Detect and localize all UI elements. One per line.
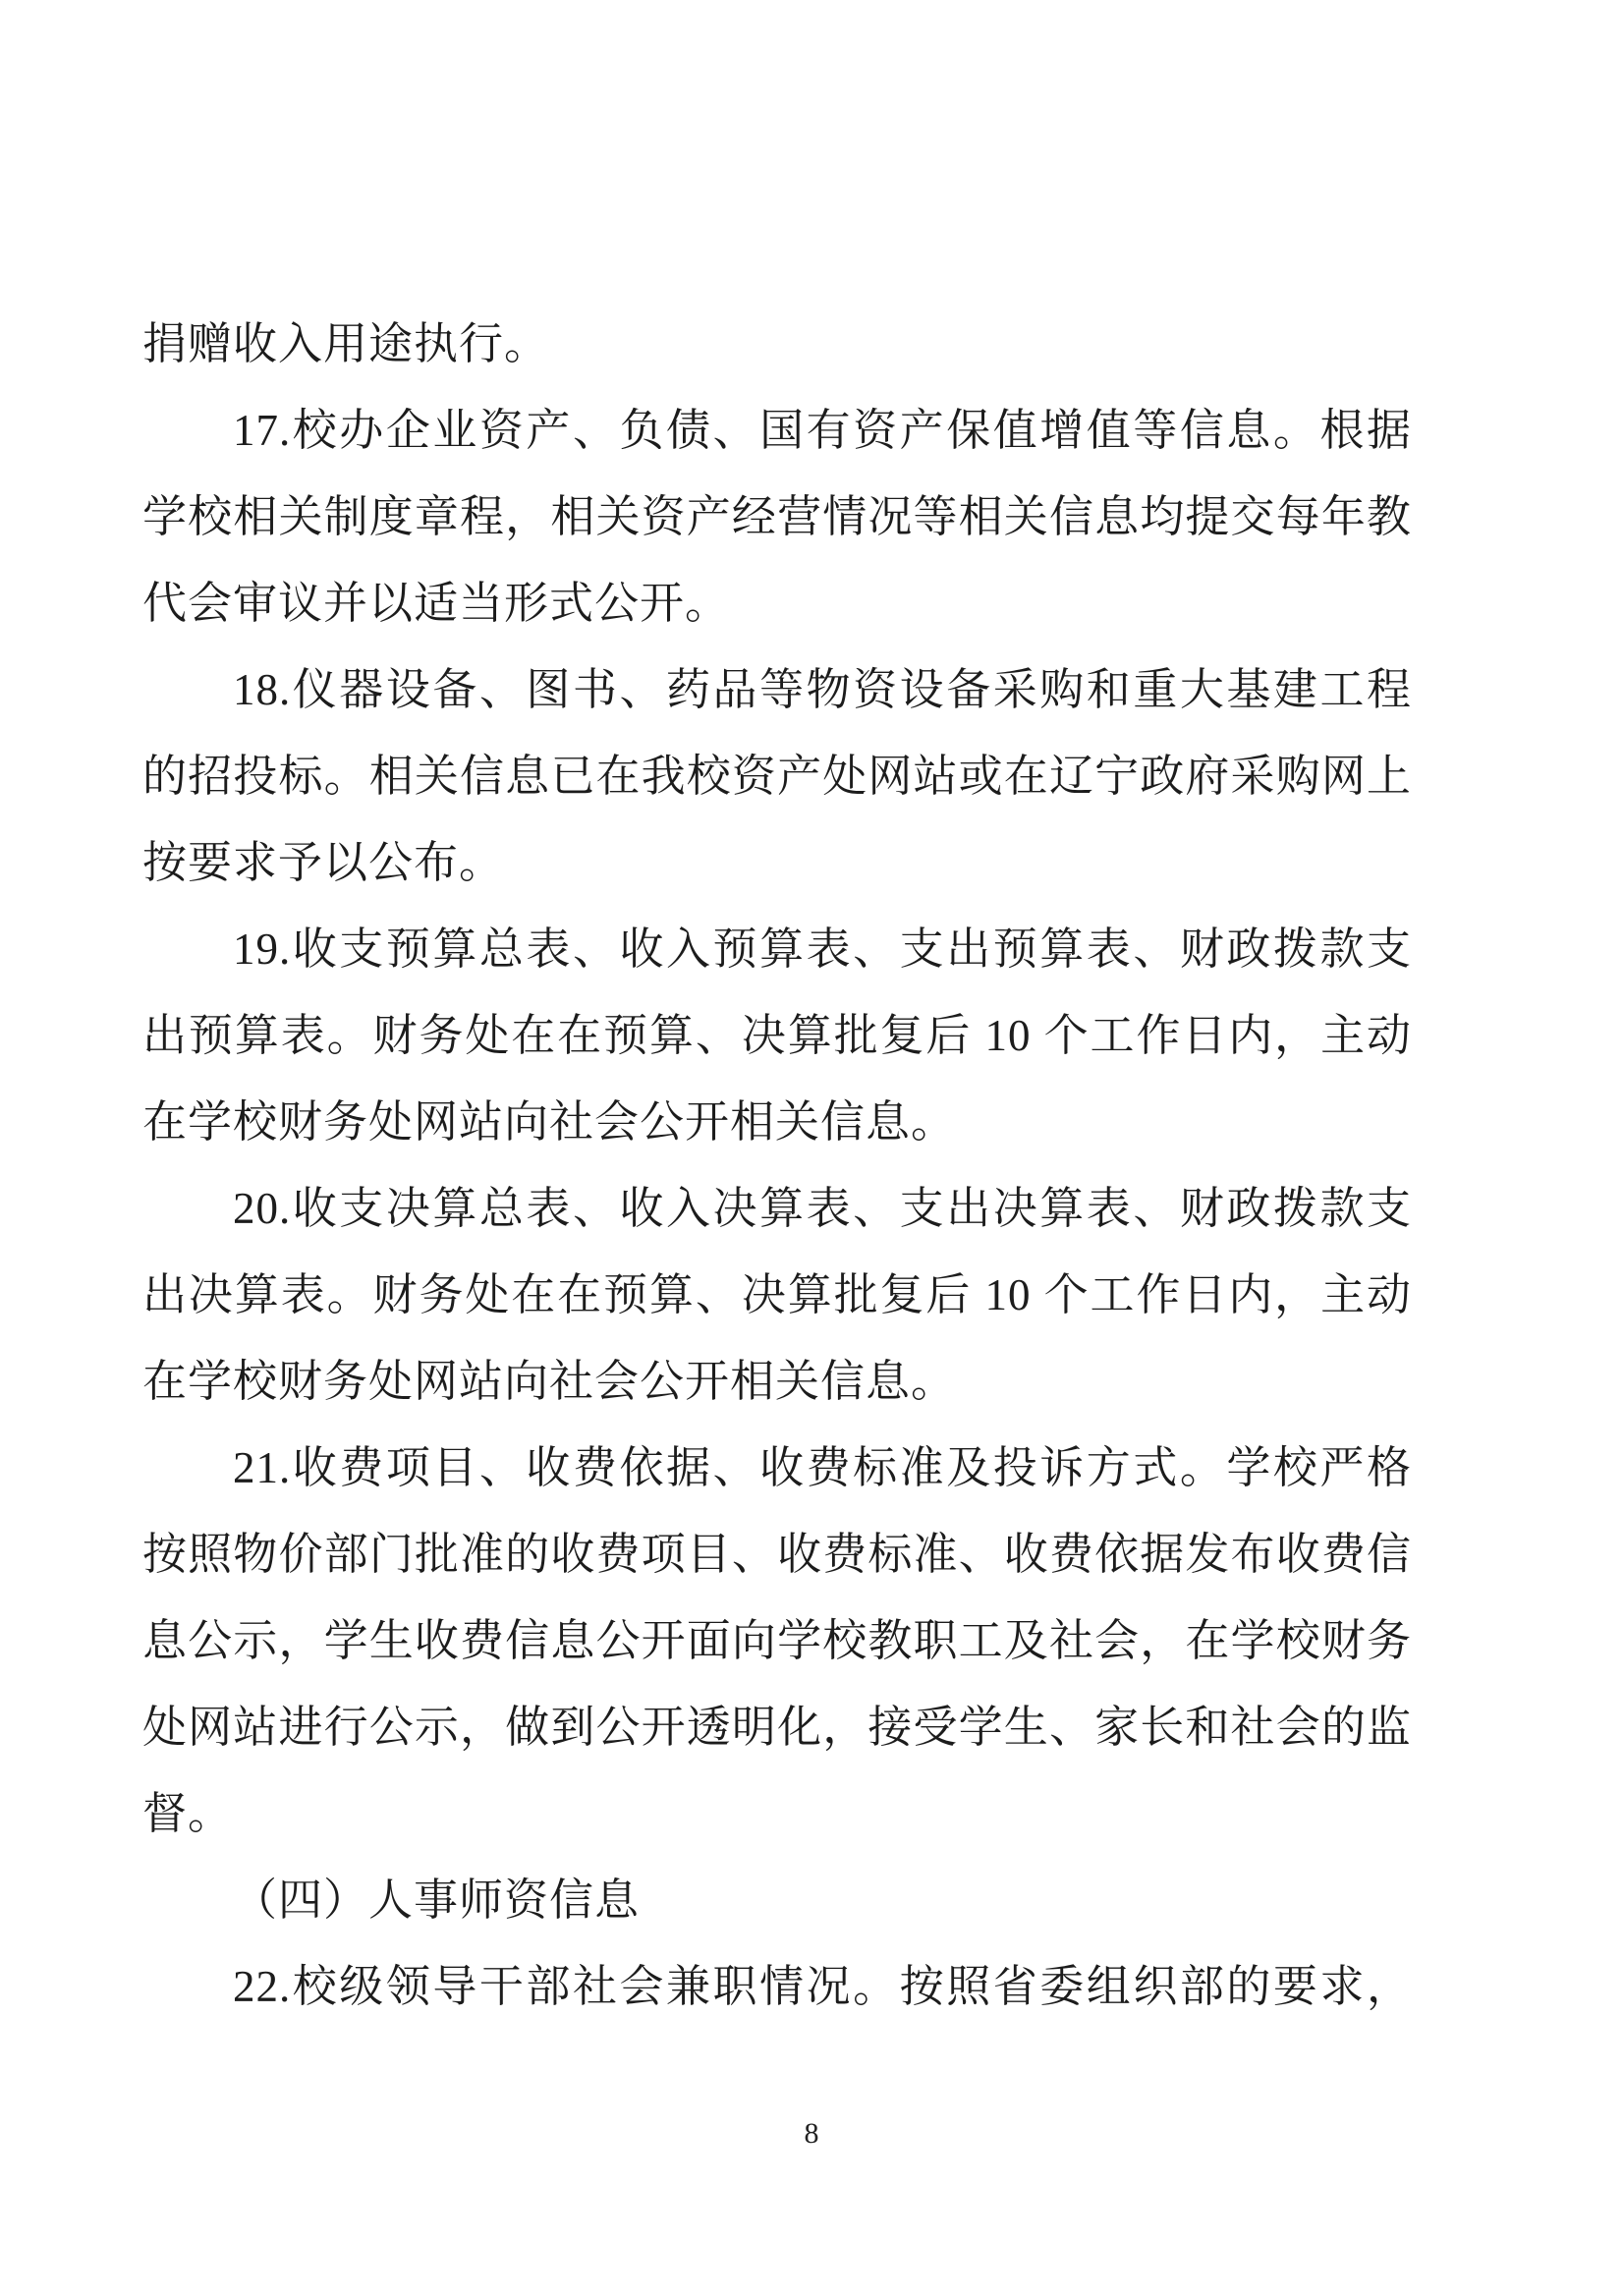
section-heading: （四）人事师资信息	[142, 1857, 1412, 1943]
text-line: 出决算表。财务处在在预算、决算批复后 10 个工作日内，主动	[142, 1252, 1412, 1338]
document-body-text: 捐赠收入用途执行。 17.校办企业资产、负债、国有资产保值增值等信息。根据 学校…	[142, 301, 1412, 2030]
text-line: 出预算表。财务处在在预算、决算批复后 10 个工作日内，主动	[142, 992, 1412, 1079]
text-line: 按要求予以公布。	[142, 819, 1412, 906]
text-line: 22.校级领导干部社会兼职情况。按照省委组织部的要求，	[142, 1943, 1412, 2030]
text-line: 21.收费项目、收费依据、收费标准及投诉方式。学校严格	[142, 1425, 1412, 1511]
text-line: 在学校财务处网站向社会公开相关信息。	[142, 1079, 1412, 1165]
text-line: 19.收支预算总表、收入预算表、支出预算表、财政拨款支	[142, 906, 1412, 992]
text-line: 息公示，学生收费信息公开面向学校教职工及社会，在学校财务	[142, 1597, 1412, 1684]
text-line: 捐赠收入用途执行。	[142, 301, 1412, 387]
text-line: 18.仪器设备、图书、药品等物资设备采购和重大基建工程	[142, 646, 1412, 733]
text-line: 按照物价部门批准的收费项目、收费标准、收费依据发布收费信	[142, 1511, 1412, 1597]
text-line: 督。	[142, 1770, 1412, 1857]
text-line: 20.收支决算总表、收入决算表、支出决算表、财政拨款支	[142, 1165, 1412, 1252]
text-line: 学校相关制度章程，相关资产经营情况等相关信息均提交每年教	[142, 474, 1412, 560]
text-line: 处网站进行公示，做到公开透明化，接受学生、家长和社会的监	[142, 1684, 1412, 1770]
text-line: 的招投标。相关信息已在我校资产处网站或在辽宁政府采购网上	[142, 733, 1412, 819]
text-line: 代会审议并以适当形式公开。	[142, 560, 1412, 646]
text-line: 在学校财务处网站向社会公开相关信息。	[142, 1338, 1412, 1425]
document-page: 捐赠收入用途执行。 17.校办企业资产、负债、国有资产保值增值等信息。根据 学校…	[0, 0, 1623, 2296]
page-number: 8	[0, 2114, 1623, 2154]
text-line: 17.校办企业资产、负债、国有资产保值增值等信息。根据	[142, 387, 1412, 474]
